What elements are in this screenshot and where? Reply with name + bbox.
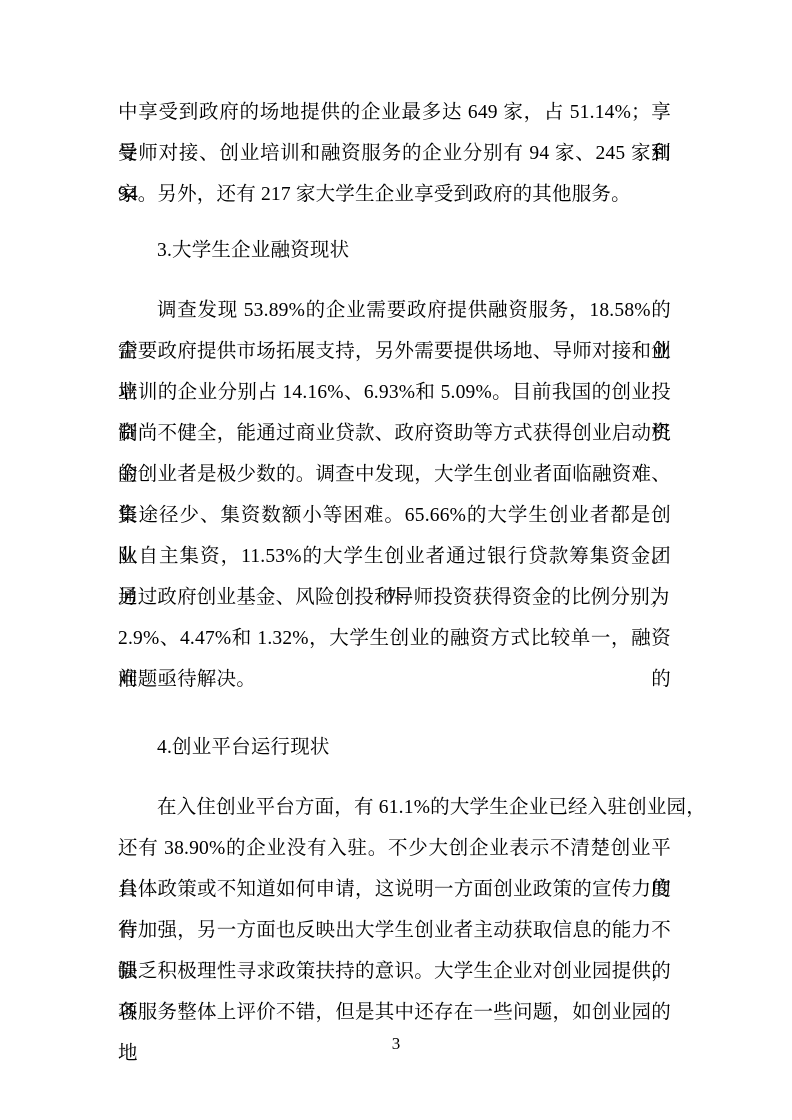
document-page: 中享受到政府的场地提供的企业最多达 649 家，占 51.14%；享受到 导师对… [0, 0, 792, 1120]
text-line: 家。另外，还有 217 家大学生企业享受到政府的其他服务。 [118, 174, 671, 215]
text-line: 还有 38.90%的企业没有入驻。不少大创企业表示不清楚创业平台的 [118, 828, 671, 869]
text-line: 具体政策或不知道如何申请，这说明一方面创业政策的宣传力度有 [118, 869, 671, 910]
text-line: 导师对接、创业培训和融资服务的企业分别有 94 家、245 家和 94 [118, 133, 671, 174]
text-line: 资途径少、集资数额小等困难。65.66%的大学生创业者都是创业团 [118, 495, 671, 536]
text-line: 缺乏积极理性寻求政策扶持的意识。大学生企业对创业园提供的各 [118, 951, 671, 992]
text-line: 在入住创业平台方面，有 61.1%的大学生企业已经入驻创业园， [118, 787, 671, 828]
text-line: 通过政府创业基金、风险创投和导师投资获得资金的比例分别为 [118, 577, 671, 618]
text-line: 待加强，另一方面也反映出大学生创业者主动获取信息的能力不强， [118, 910, 671, 951]
text-line: 制尚不健全，能通过商业贷款、政府资助等方式获得创业启动资金 [118, 413, 671, 454]
section-heading-financing-status: 3.大学生企业融资现状 [118, 230, 671, 271]
text-line: 队自主集资，11.53%的大学生创业者通过银行贷款筹集资金。另外， [118, 536, 671, 577]
text-line: 的创业者是极少数的。调查中发现，大学生创业者面临融资难、集 [118, 454, 671, 495]
page-number: 3 [0, 1032, 792, 1056]
text-line: 需要政府提供市场拓展支持，另外需要提供场地、导师对接和创业 [118, 331, 671, 372]
text-line: 中享受到政府的场地提供的企业最多达 649 家，占 51.14%；享受到 [118, 92, 671, 133]
section-heading-platform-status: 4.创业平台运行现状 [118, 727, 671, 768]
text-line: 调查发现 53.89%的企业需要政府提供融资服务，18.58%的企业 [118, 290, 671, 331]
paragraph-government-services: 中享受到政府的场地提供的企业最多达 649 家，占 51.14%；享受到 导师对… [118, 92, 671, 215]
paragraph-platform-status: 在入住创业平台方面，有 61.1%的大学生企业已经入驻创业园， 还有 38.90… [118, 787, 671, 1033]
text-line: 2.9%、4.47%和 1.32%，大学生创业的融资方式比较单一，融资难的 [118, 618, 671, 659]
document-body: 中享受到政府的场地提供的企业最多达 649 家，占 51.14%；享受到 导师对… [118, 92, 671, 1033]
paragraph-financing-status: 调查发现 53.89%的企业需要政府提供融资服务，18.58%的企业 需要政府提… [118, 290, 671, 700]
text-line: 培训的企业分别占 14.16%、6.93%和 5.09%。目前我国的创业投资机 [118, 372, 671, 413]
text-line: 项服务整体上评价不错，但是其中还存在一些问题，如创业园的地 [118, 992, 671, 1033]
